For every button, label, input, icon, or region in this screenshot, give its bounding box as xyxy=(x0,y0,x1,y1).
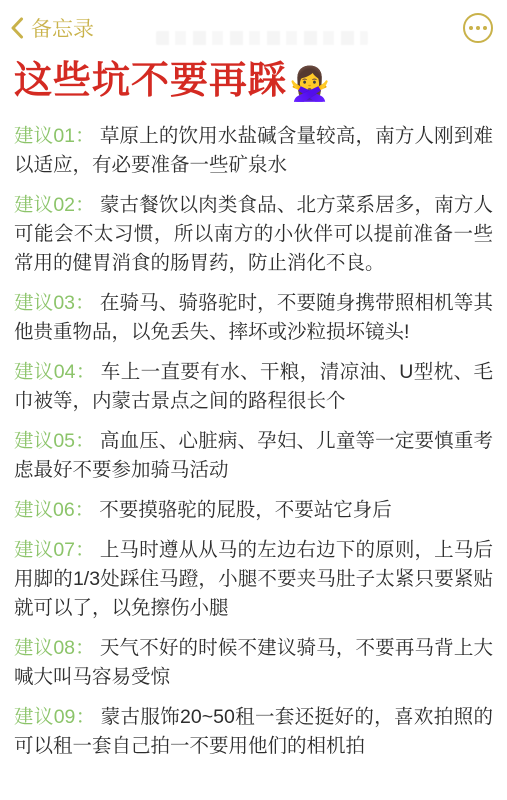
back-label: 备忘录 xyxy=(31,13,94,43)
tip-item: 建议08：天气不好的时候不建议骑马，不要再马背上大喊大叫马容易受惊 xyxy=(14,634,493,692)
tip-item: 建议02：蒙古餐饮以肉类食品、北方菜系居多，南方人可能会不太习惯，所以南方的小伙… xyxy=(14,191,493,278)
tip-label: 建议03： xyxy=(14,292,95,314)
note-title-text: 这些坑不要再踩 xyxy=(14,60,287,102)
tip-label: 建议02： xyxy=(14,194,95,216)
ellipsis-icon xyxy=(469,26,487,30)
tip-item: 建议06：不要摸骆驼的屁股，不要站它身后 xyxy=(14,496,493,525)
note-content[interactable]: 建议01：草原上的饮用水盐碱含量较高，南方人刚到难以适应，有必要准备一些矿泉水 … xyxy=(14,122,493,761)
chevron-left-icon xyxy=(10,16,24,40)
tip-item: 建议07：上马时遵从从马的左边右边下的原则，上马后用脚的1/3处踩住马蹬，小腿不… xyxy=(14,536,493,623)
back-button[interactable]: 备忘录 xyxy=(10,13,94,43)
tip-text: 不要摸骆驼的屁股，不要站它身后 xyxy=(99,499,392,521)
tip-item: 建议03：在骑马、骑骆驼时，不要随身携带照相机等其他贵重物品，以免丢失、摔坏或沙… xyxy=(14,289,493,347)
tip-label: 建议04： xyxy=(14,361,96,383)
woman-gesturing-no-emoji: 🙅‍♀️ xyxy=(289,65,330,102)
tip-label: 建议07： xyxy=(14,539,95,561)
top-navigation-bar: 备忘录 xyxy=(0,0,507,44)
tip-item: 建议05：高血压、心脏病、孕妇、儿童等一定要慎重考虑最好不要参加骑马活动 xyxy=(14,427,493,485)
tip-label: 建议05： xyxy=(14,430,95,452)
tip-item: 建议04：车上一直要有水、干粮，清凉油、U型枕、毛巾被等，内蒙古景点之间的路程很… xyxy=(14,358,493,416)
tip-label: 建议01： xyxy=(14,125,95,147)
memo-page: 备忘录 这些坑不要再踩🙅‍♀️ 建议01：草原上的饮用水盐碱含量较高，南方人刚到… xyxy=(0,0,507,800)
more-button[interactable] xyxy=(463,13,493,43)
tip-item: 建议01：草原上的饮用水盐碱含量较高，南方人刚到难以适应，有必要准备一些矿泉水 xyxy=(14,122,493,180)
tip-item: 建议09：蒙古服饰20~50租一套还挺好的，喜欢拍照的可以租一套自己拍一不要用他… xyxy=(14,703,493,761)
note-title: 这些坑不要再踩🙅‍♀️ xyxy=(14,60,493,105)
tips-list: 建议01：草原上的饮用水盐碱含量较高，南方人刚到难以适应，有必要准备一些矿泉水 … xyxy=(14,122,493,761)
tip-label: 建议09： xyxy=(14,706,96,728)
tip-label: 建议08： xyxy=(14,637,95,659)
tip-label: 建议06： xyxy=(14,499,94,521)
